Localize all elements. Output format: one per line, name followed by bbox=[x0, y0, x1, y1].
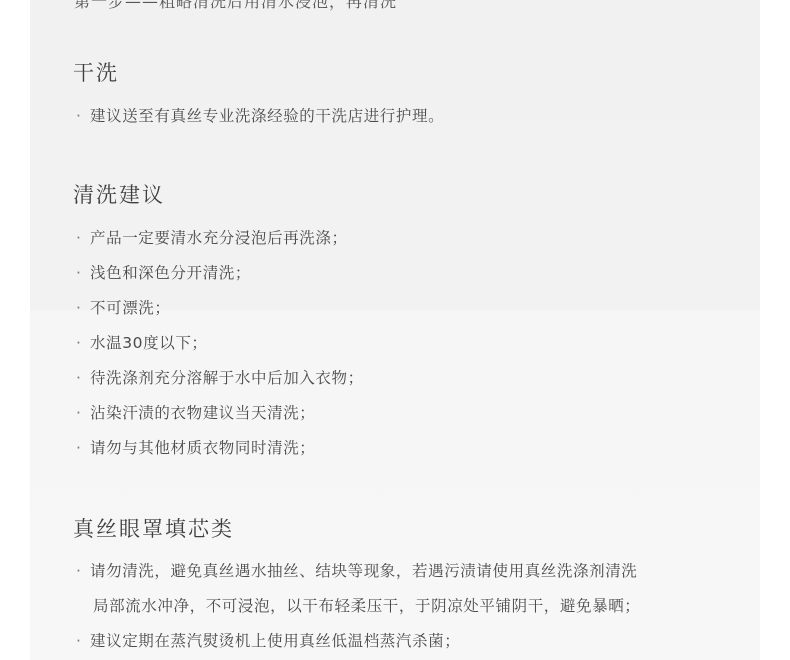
list-item: ·建议送至有真丝专业洗涤经验的干洗店进行护理。 bbox=[76, 106, 444, 126]
list-item: ·待洗涤剂充分溶解于水中后加入衣物； bbox=[76, 368, 364, 388]
list-item-text: 请勿清洗，避免真丝遇水抽丝、结块等现象，若遇污渍请使用真丝洗涤剂清洗 bbox=[90, 562, 637, 580]
list-item: ·产品一定要清水充分浸泡后再洗涤； bbox=[76, 228, 348, 248]
bullet-dot-icon: · bbox=[76, 263, 90, 283]
bullet-dot-icon: · bbox=[76, 561, 90, 581]
list-item-text: 建议定期在蒸汽熨烫机上使用真丝低温档蒸汽杀菌； bbox=[90, 632, 460, 650]
bullet-dot-icon: · bbox=[76, 333, 90, 353]
section-title-washing-advice: 清洗建议 bbox=[73, 183, 165, 207]
bullet-dot-icon: · bbox=[76, 368, 90, 388]
list-item: ·浅色和深色分开清洗； bbox=[76, 263, 251, 283]
bullet-dot-icon: · bbox=[76, 298, 90, 318]
list-item: ·请勿与其他材质衣物同时清洗； bbox=[76, 438, 315, 458]
list-item-text: 请勿与其他材质衣物同时清洗； bbox=[90, 439, 315, 457]
list-item-text: 产品一定要清水充分浸泡后再洗涤； bbox=[90, 229, 348, 247]
list-item: ·建议定期在蒸汽熨烫机上使用真丝低温档蒸汽杀菌； bbox=[76, 631, 460, 651]
list-item: ·不可漂洗； bbox=[76, 298, 171, 318]
list-item-text: 沾染汗渍的衣物建议当天清洗； bbox=[90, 404, 315, 422]
list-item: ·沾染汗渍的衣物建议当天清洗； bbox=[76, 403, 315, 423]
bullet-dot-icon: · bbox=[76, 403, 90, 423]
list-item-text: 水温30度以下； bbox=[90, 334, 208, 352]
bullet-dot-icon: · bbox=[76, 228, 90, 248]
list-item-text: 浅色和深色分开清洗； bbox=[90, 264, 251, 282]
list-item-text: 建议送至有真丝专业洗涤经验的干洗店进行护理。 bbox=[90, 107, 444, 125]
bullet-dot-icon: · bbox=[76, 438, 90, 458]
list-item-text-continued: 局部流水冲净，不可浸泡，以干布轻柔压干，于阴凉处平铺阴干，避免暴晒； bbox=[76, 596, 640, 616]
list-item: ·水温30度以下； bbox=[76, 333, 208, 353]
bullet-dot-icon: · bbox=[76, 106, 90, 126]
section-title-dry-clean: 干洗 bbox=[73, 61, 119, 85]
clipped-top-line: 第一步——粗略清洗后用清水浸泡，再清洗 bbox=[74, 0, 397, 12]
list-item-text: 待洗涤剂充分溶解于水中后加入衣物； bbox=[90, 369, 364, 387]
section-title-silk-eye-mask: 真丝眼罩填芯类 bbox=[73, 517, 234, 541]
bullet-dot-icon: · bbox=[76, 631, 90, 651]
list-item-text: 不可漂洗； bbox=[90, 299, 171, 317]
list-item: ·请勿清洗，避免真丝遇水抽丝、结块等现象，若遇污渍请使用真丝洗涤剂清洗 局部流水… bbox=[76, 561, 640, 616]
